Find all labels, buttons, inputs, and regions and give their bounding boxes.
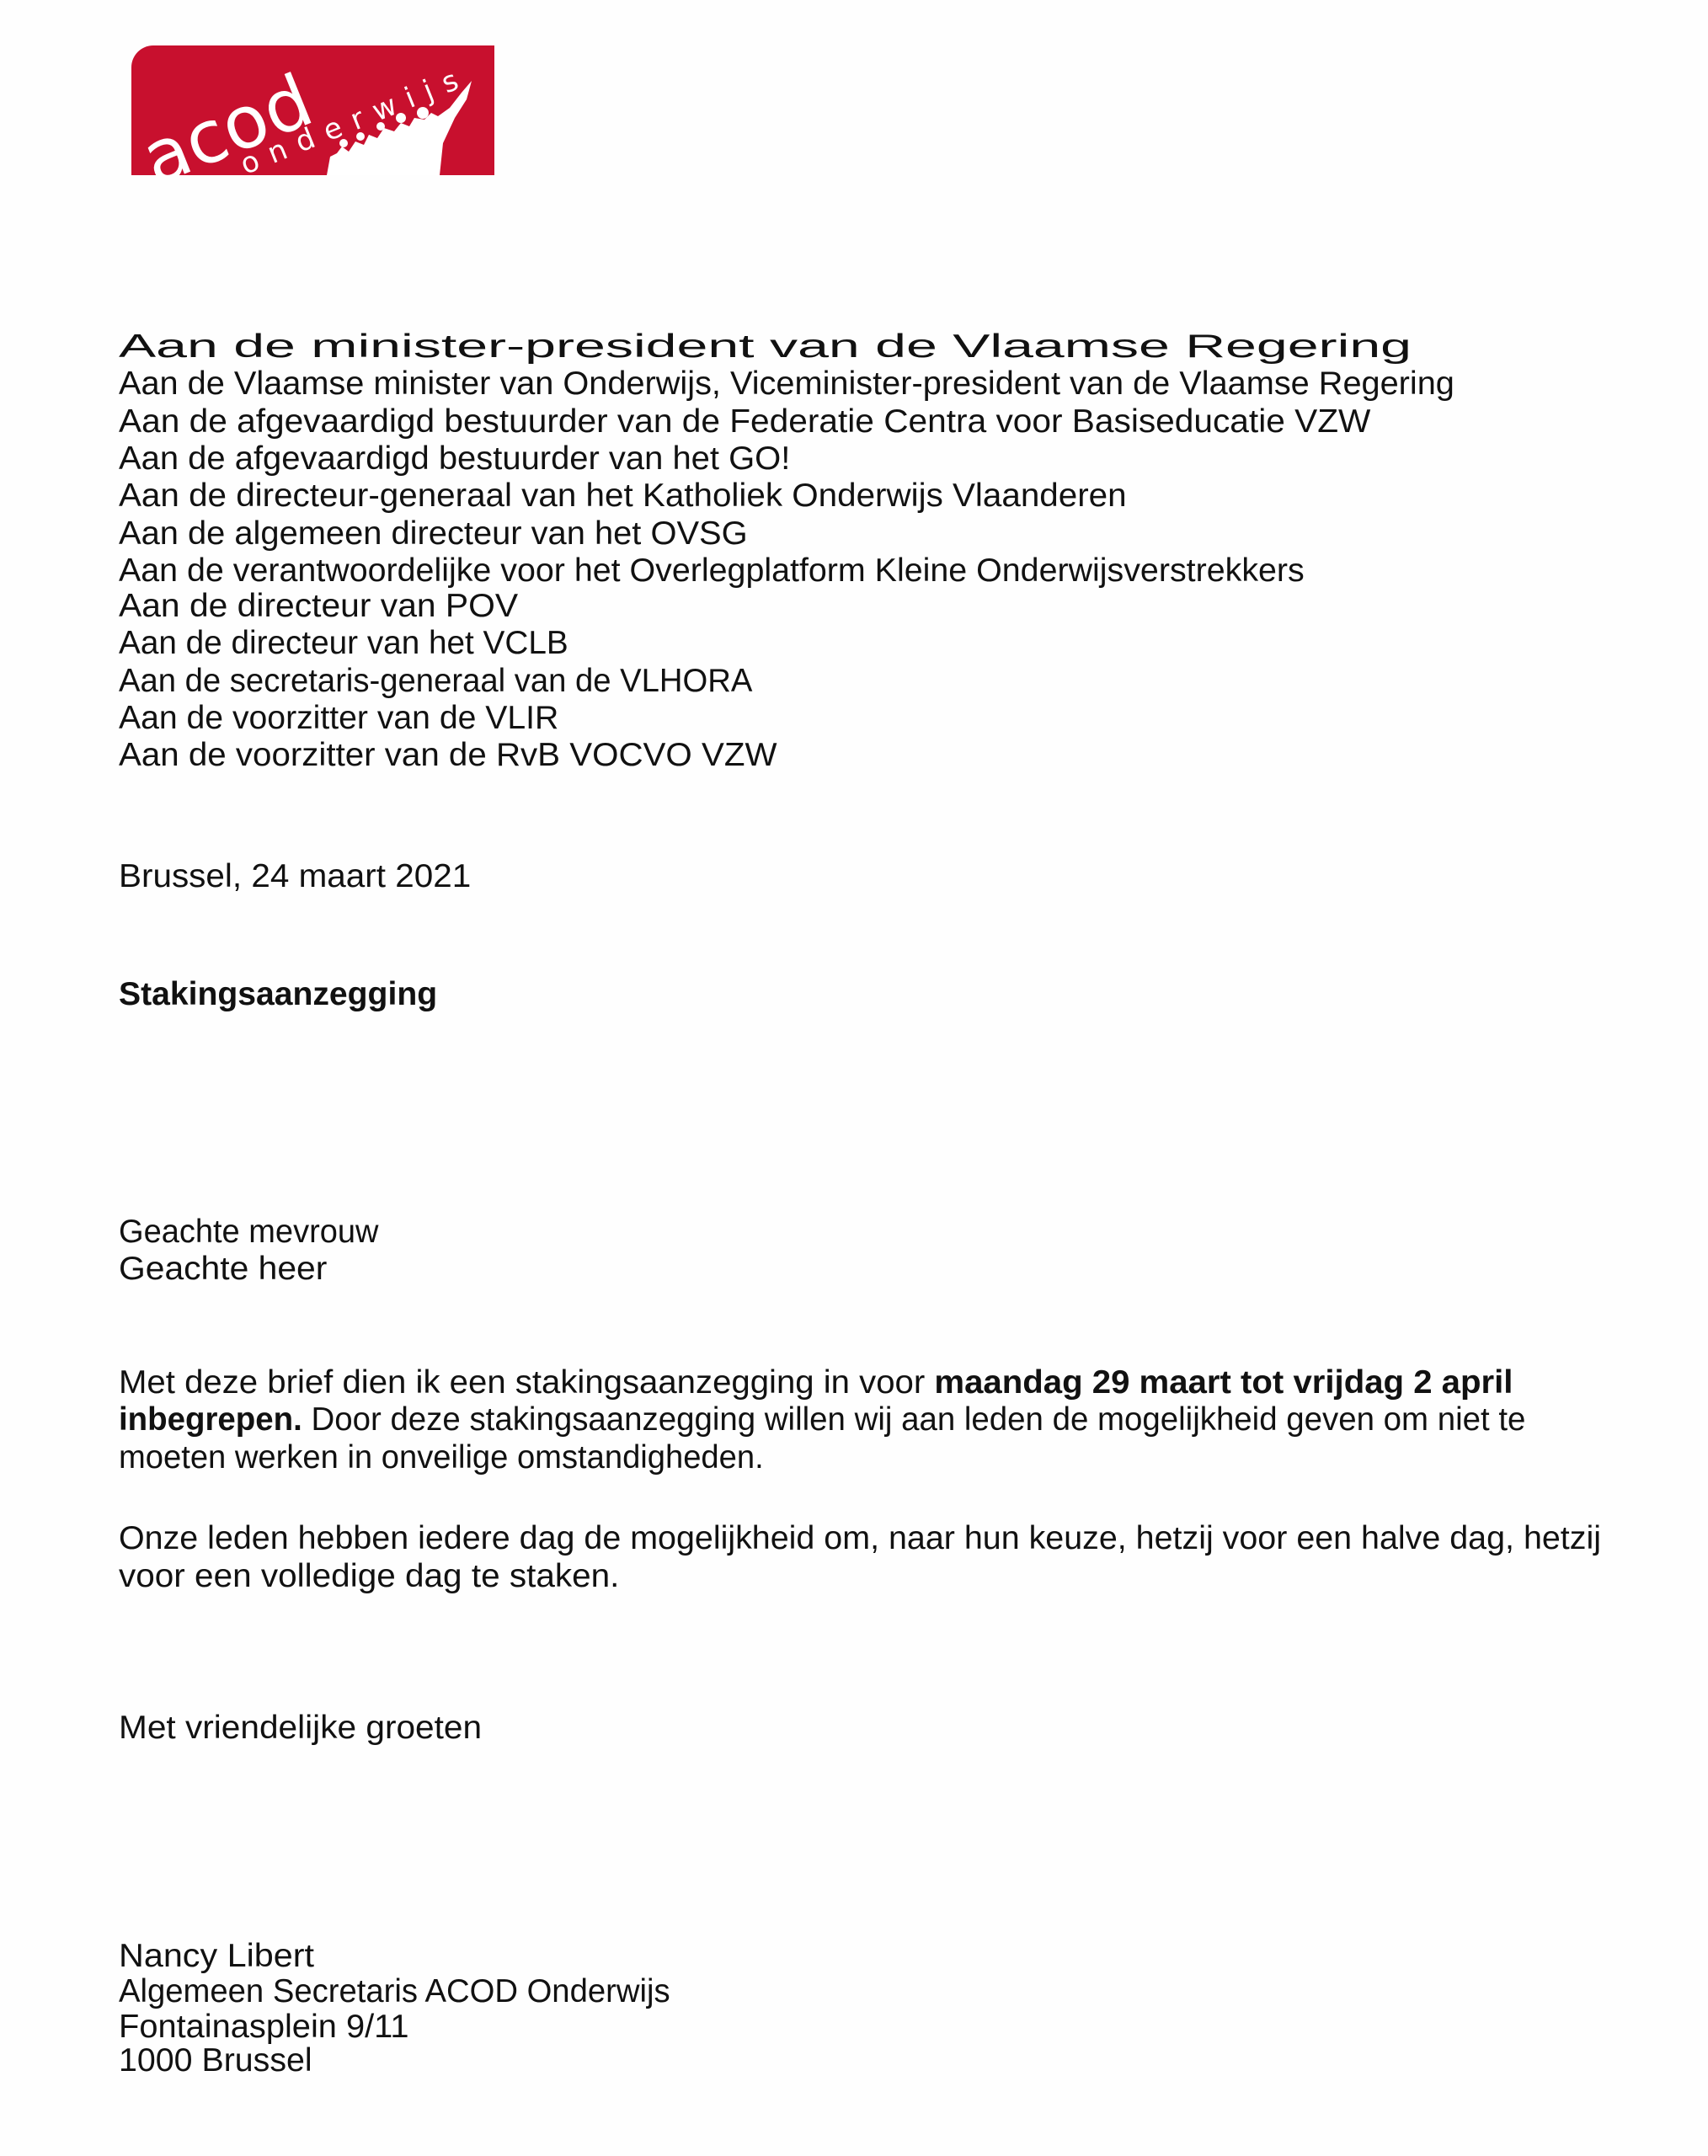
signature-city: 1000 Brussel <box>119 2044 312 2077</box>
letter-page: acod onderwijs Aan de minister-president… <box>0 0 1708 2156</box>
paragraph-line: Met deze brief dien ik een stakingsaanze… <box>119 1366 1513 1399</box>
recipient-line: Aan de directeur van POV <box>119 590 518 622</box>
recipient-line: Aan de directeur van het VCLB <box>119 627 568 659</box>
signatory-name: Nancy Libert <box>119 1940 314 1972</box>
recipient-line: Aan de voorzitter van de RvB VOCVO VZW <box>119 739 777 771</box>
paragraph-line: inbegrepen. Door deze stakingsaanzegging… <box>119 1403 1525 1436</box>
recipient-line: Aan de directeur-generaal van het Kathol… <box>119 479 1127 512</box>
signatory-title: Algemeen Secretaris ACOD Onderwijs <box>119 1975 670 2008</box>
acod-onderwijs-logo: acod onderwijs <box>131 45 494 175</box>
recipient-line: Aan de Vlaamse minister van Onderwijs, V… <box>119 367 1454 400</box>
place-date: Brussel, 24 maart 2021 <box>119 860 471 893</box>
recipient-line: Aan de voorzitter van de VLIR <box>119 702 558 734</box>
subject-heading: Stakingsaanzegging <box>119 978 437 1011</box>
salutation-line: Geachte heer <box>119 1252 327 1285</box>
recipient-line: Aan de minister-president van de Vlaamse… <box>119 330 1412 363</box>
salutation-line: Geachte mevrouw <box>119 1215 378 1248</box>
recipient-line: Aan de verantwoordelijke voor het Overle… <box>119 554 1305 587</box>
paragraph-text: Met deze brief dien ik een stakingsaanze… <box>119 1364 934 1401</box>
recipient-line: Aan de afgevaardigd bestuurder van de Fe… <box>119 405 1370 438</box>
logo-graphic: acod onderwijs <box>131 45 494 175</box>
closing: Met vriendelijke groeten <box>119 1711 482 1744</box>
recipient-line: Aan de secretaris-generaal van de VLHORA <box>119 664 752 697</box>
paragraph-line: moeten werken in onveilige omstandighede… <box>119 1441 764 1474</box>
strike-period-emphasis: inbegrepen. <box>119 1401 302 1438</box>
paragraph-line: voor een volledige dag te staken. <box>119 1560 619 1593</box>
recipient-line: Aan de afgevaardigd bestuurder van het G… <box>119 442 790 475</box>
strike-period-emphasis: maandag 29 maart tot vrijdag 2 april <box>934 1364 1513 1401</box>
recipient-line: Aan de algemeen directeur van het OVSG <box>119 517 748 550</box>
signature-street: Fontainasplein 9/11 <box>119 2010 409 2043</box>
paragraph-line: Onze leden hebben iedere dag de mogelijk… <box>119 1522 1601 1555</box>
paragraph-text: Door deze stakingsaanzegging willen wij … <box>302 1401 1526 1438</box>
